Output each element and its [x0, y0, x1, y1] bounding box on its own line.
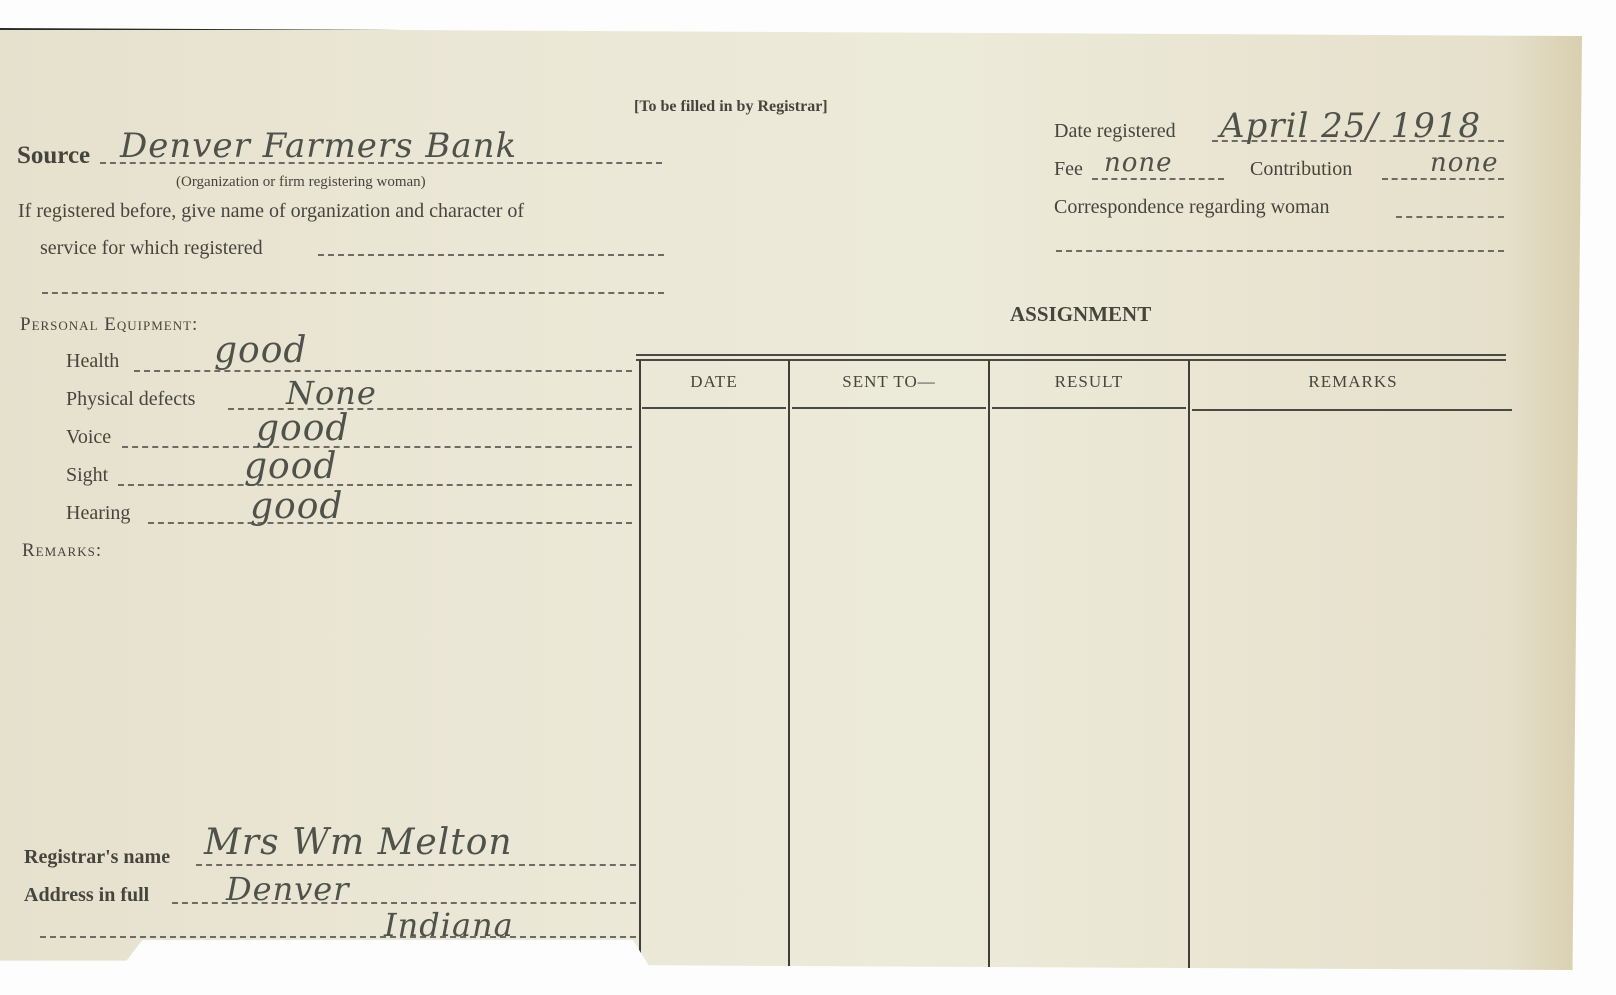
header-underline-sent-to: [792, 407, 986, 409]
fee-label: Fee: [1054, 158, 1083, 181]
health-value[interactable]: good: [214, 330, 307, 371]
column-header-sent-to: SENT TO—: [790, 372, 988, 392]
sight-value[interactable]: good: [244, 446, 337, 487]
personal-equipment-heading: Personal Equipment:: [20, 314, 198, 336]
registrar-name-line: [196, 864, 636, 866]
registrar-note: [To be filled in by Registrar]: [634, 98, 828, 116]
table-top-rule: [636, 354, 1506, 356]
result-column-cells[interactable]: [992, 412, 1186, 962]
header-underline-date: [642, 407, 786, 409]
date-registered-label: Date registered: [1054, 120, 1176, 143]
address-line-2: [40, 936, 636, 938]
previous-registration-label: If registered before, give name of organ…: [18, 200, 524, 223]
correspondence-line-2[interactable]: [1056, 250, 1504, 252]
date-column-cells[interactable]: [642, 412, 786, 962]
header-underline-remarks: [1192, 409, 1512, 411]
health-line: [134, 370, 632, 372]
table-border-left: [639, 360, 641, 970]
fee-value[interactable]: none: [1104, 148, 1173, 178]
voice-value[interactable]: good: [256, 408, 349, 449]
address-value-line1[interactable]: Denver: [226, 870, 350, 908]
correspondence-label: Correspondence regarding woman: [1054, 196, 1329, 219]
health-label: Health: [66, 350, 119, 373]
sent-to-column-cells[interactable]: [792, 412, 986, 962]
column-header-remarks: REMARKS: [1190, 372, 1516, 392]
source-caption: (Organization or firm registering woman): [176, 174, 426, 191]
address-value-line2[interactable]: Indiana: [384, 906, 514, 944]
voice-line: [122, 446, 632, 448]
column-divider-3: [1188, 360, 1190, 970]
remarks-label: Remarks:: [22, 540, 102, 562]
registration-card: [To be filled in by Registrar] Source De…: [0, 28, 1582, 970]
contribution-line: [1382, 178, 1504, 180]
physical-defects-value[interactable]: None: [286, 374, 377, 412]
sight-line: [118, 484, 632, 486]
column-header-date: DATE: [640, 372, 788, 392]
previous-registration-label-2: service for which registered: [40, 237, 263, 260]
contribution-label: Contribution: [1250, 158, 1352, 181]
contribution-value[interactable]: none: [1430, 148, 1499, 178]
hearing-line: [148, 522, 632, 524]
table-top-rule-2: [636, 359, 1506, 361]
hearing-label: Hearing: [66, 502, 130, 525]
hearing-value[interactable]: good: [250, 486, 343, 527]
column-header-result: RESULT: [990, 372, 1188, 392]
fee-line: [1092, 178, 1224, 180]
column-divider-2: [988, 360, 990, 970]
previous-registration-line-2[interactable]: [42, 292, 664, 294]
assignment-title: ASSIGNMENT: [1010, 302, 1151, 327]
physical-defects-label: Physical defects: [66, 388, 195, 411]
previous-registration-line[interactable]: [318, 254, 664, 256]
source-value[interactable]: Denver Farmers Bank: [120, 126, 517, 166]
remarks-column-cells[interactable]: [1192, 412, 1522, 962]
header-underline-result: [992, 407, 1186, 409]
voice-label: Voice: [66, 426, 111, 449]
address-label: Address in full: [24, 884, 149, 907]
column-divider-1: [788, 360, 790, 970]
registrar-name-label: Registrar's name: [24, 846, 170, 869]
date-registered-value[interactable]: April 25/ 1918: [1220, 106, 1481, 146]
source-label: Source: [17, 142, 90, 170]
registrar-name-value[interactable]: Mrs Wm Melton: [204, 822, 513, 863]
sight-label: Sight: [66, 464, 108, 487]
correspondence-line[interactable]: [1396, 216, 1504, 218]
